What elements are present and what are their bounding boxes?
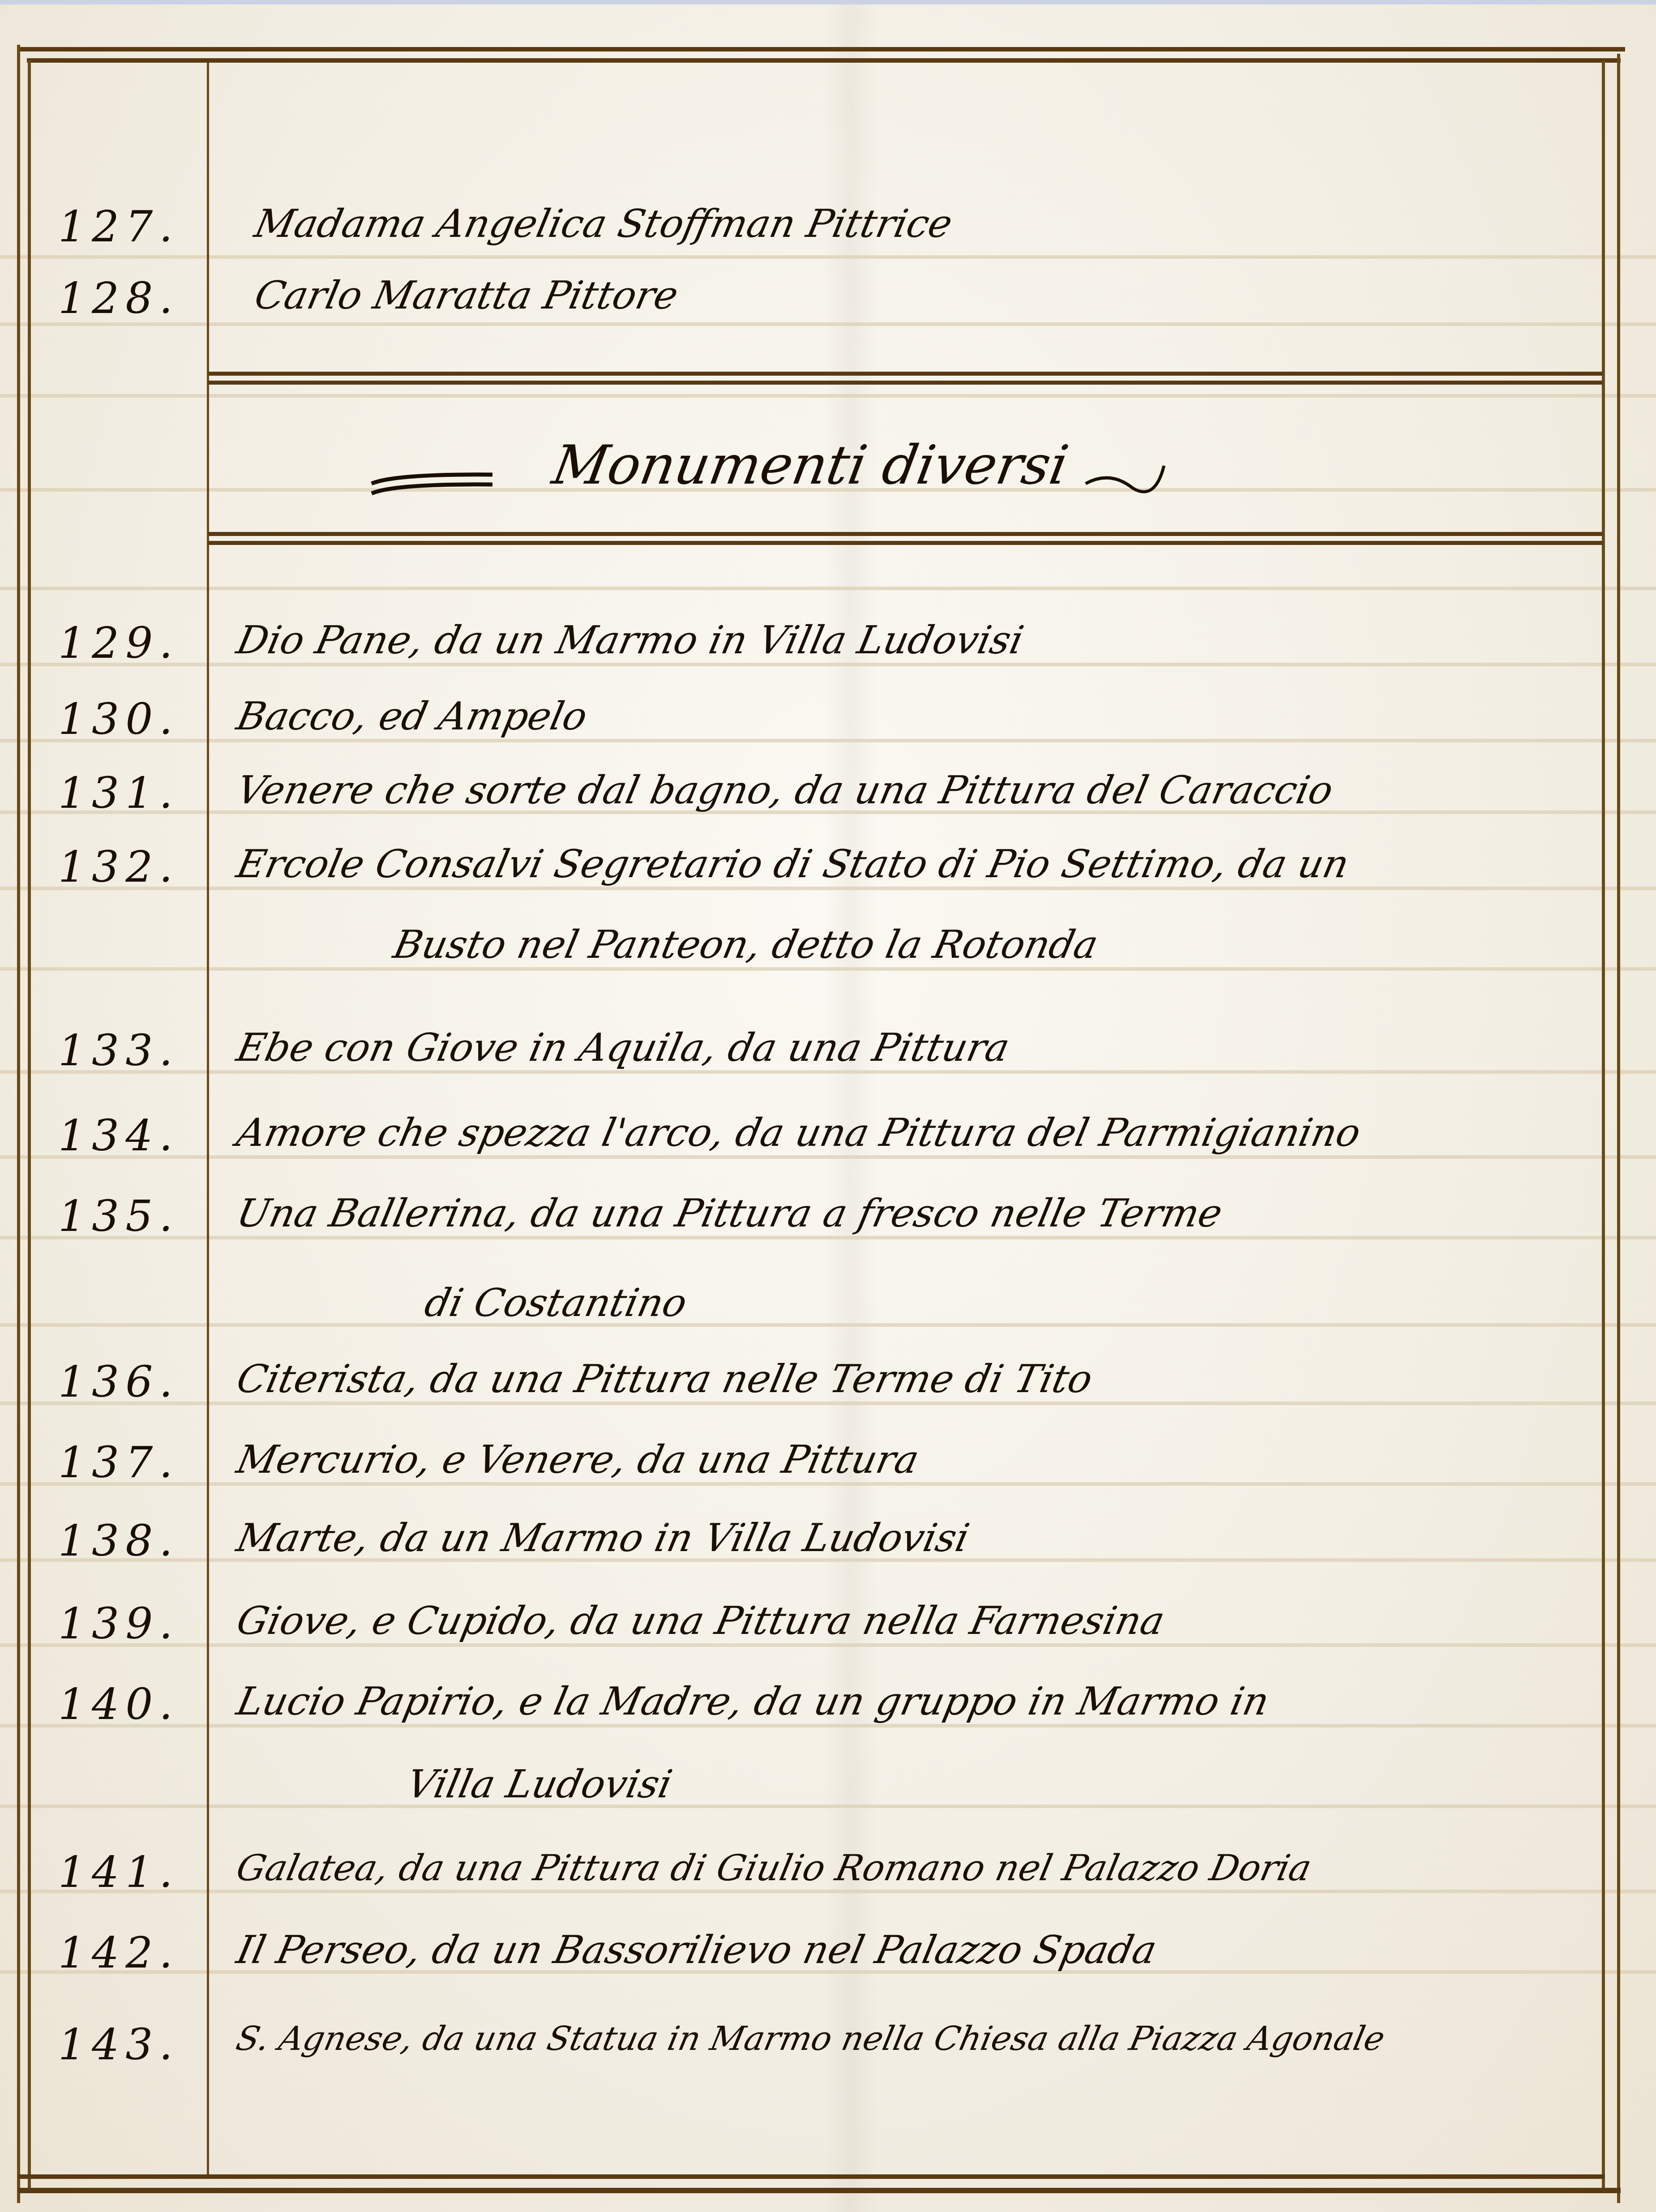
ruling-line [0,663,1656,666]
ruling-line [0,394,1656,398]
ruling-line [0,1323,1656,1327]
entry-text: Citerista, da una Pittura nelle Terme di… [233,1357,1096,1402]
section-separator-top-a [208,372,1603,376]
entry-number: 140. [58,1679,201,1729]
entry-text: Lucio Papirio, e la Madre, da un gruppo … [233,1679,1273,1724]
entry-number: 142. [58,1928,201,1978]
frame-right-inner [1602,60,1605,2192]
entry-text: Mercurio, e Venere, da una Pittura [233,1437,923,1482]
ruling-line [0,587,1656,590]
ruling-line [0,739,1656,742]
section-separator-bottom-a [208,532,1603,536]
section-separator-bottom-b [208,541,1603,545]
ruling-line [0,1724,1656,1728]
entry-text: Marte, da un Marmo in Villa Ludovisi [233,1516,973,1560]
entry-text: Bacco, ed Ampelo [233,694,591,739]
frame-left-outer [17,45,20,2203]
entry-text: Carlo Maratta Pittore [251,273,682,318]
entry-number: 134. [58,1110,201,1161]
frame-left-inner [28,60,31,2192]
entry-number: 141. [58,1847,201,1897]
entry-text-continuation: di Costantino [421,1281,691,1325]
frame-right-outer [1617,54,1620,2203]
frame-bottom-inner [18,2174,1605,2179]
entry-text-continuation: Villa Ludovisi [403,1762,676,1807]
frame-top-inner [27,58,1621,63]
entry-number: 127. [58,201,201,252]
entry-text: Amore che spezza l'arco, da una Pittura … [233,1110,1365,1155]
ruling-line [0,1402,1656,1405]
entry-number: 143. [58,2019,201,2070]
entry-number: 128. [58,273,201,323]
ruling-line [0,1155,1656,1159]
manuscript-page: 127. Madama Angelica Stoffman Pittrice 1… [0,4,1656,2212]
entry-text: Galatea, da una Pittura di Giulio Romano… [233,1847,1315,1889]
ruling-line [0,1236,1656,1239]
ruling-line [0,1643,1656,1647]
ruling-line [0,255,1656,259]
ruling-line [0,322,1656,326]
entry-text: Ercole Consalvi Segretario di Stato di P… [233,842,1353,887]
frame-bottom-outer [18,2188,1621,2193]
entry-text: Dio Pane, da un Marmo in Villa Ludovisi [233,618,1027,663]
entry-number: 137. [58,1437,201,1488]
ruling-line [0,1482,1656,1486]
entry-text-continuation: Busto nel Panteon, detto la Rotonda [389,922,1102,967]
heading-flourish-right-icon [1083,448,1200,502]
entry-text: Il Perseo, da un Bassorilievo nel Palazz… [233,1928,1161,1972]
entry-text: Ebe con Giove in Aquila, da una Pittura [233,1025,1014,1070]
section-separator-top-b [208,381,1603,385]
ruling-line [0,967,1656,971]
entry-text: Madama Angelica Stoffman Pittrice [251,201,956,246]
entry-text: Giove, e Cupido, da una Pittura nella Fa… [233,1599,1168,1643]
entry-number: 133. [58,1025,201,1076]
entry-number: 135. [58,1191,201,1241]
entry-number: 129. [58,618,201,668]
entry-text: Una Ballerina, da una Pittura a fresco n… [233,1191,1226,1236]
entry-number: 132. [58,842,201,892]
entry-number: 131. [58,768,201,818]
entry-number: 139. [58,1599,201,1649]
entry-text: Venere che sorte dal bagno, da una Pittu… [233,768,1337,813]
ruling-line [0,887,1656,890]
ruling-line [0,1890,1656,1893]
frame-top-outer [18,47,1625,51]
entry-number: 138. [58,1516,201,1566]
entry-text: S. Agnese, da una Statua in Marmo nella … [233,2019,1388,2058]
number-column-divider [207,63,209,2176]
ruling-line [0,1070,1656,1074]
entry-number: 130. [58,694,201,744]
ruling-line [0,1805,1656,1808]
entry-number: 136. [58,1357,201,1407]
